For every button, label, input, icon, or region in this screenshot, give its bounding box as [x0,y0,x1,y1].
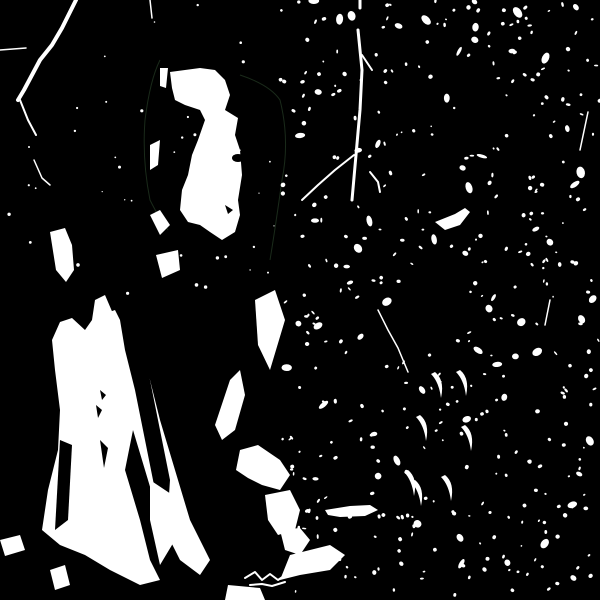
photo-canvas [0,0,600,600]
